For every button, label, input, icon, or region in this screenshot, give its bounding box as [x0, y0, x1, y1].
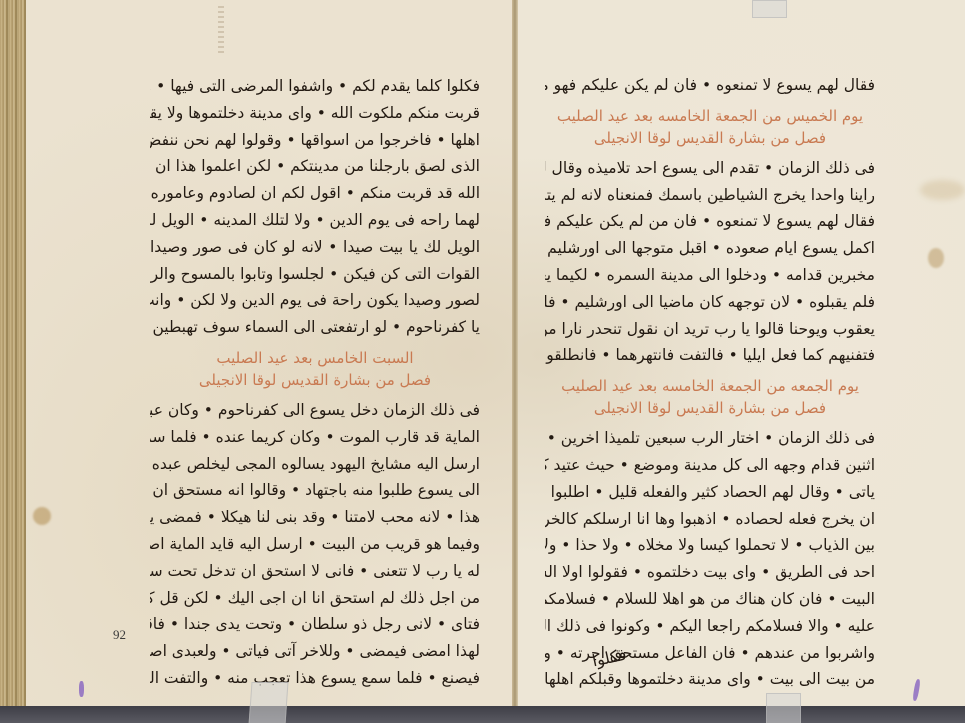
text-line: وفيما هو قريب من البيت • ارسل اليه قايد … — [150, 531, 480, 558]
text-line: احد فى الطريق • واى بيت دخلتموه • فقولوا… — [545, 559, 875, 586]
stain-spot-left — [33, 507, 51, 525]
book-gutter — [512, 0, 518, 710]
folio-number: 92 — [113, 627, 126, 643]
text-line: من اجل ذلك لم استحق انا ان اجى اليك • لك… — [150, 585, 480, 612]
rubric-subheading: فصل من بشارة القديس لوقا الانجيلى — [150, 369, 480, 391]
stain-spot-right — [928, 248, 944, 268]
left-page-text: فكلوا كلما يقدم لكم • واشفوا المرضى التى… — [150, 73, 480, 692]
text-line: فى ذلك الزمان دخل يسوع الى كفرناحوم • وك… — [150, 397, 480, 424]
text-line: لهما راحه فى يوم الدين • ولا لتلك المدين… — [150, 207, 480, 234]
rubric-heading: السبت الخامس بعد عيد الصليب — [150, 347, 480, 369]
text-line: اهلها • فاخرجوا من اسواقها • وقولوا لهم … — [150, 127, 480, 154]
text-line: فتاى • لانى رجل ذو سلطان • وتحت يدى جندا… — [150, 611, 480, 638]
text-line: هذا • لانه محب لامتنا • وقد بنى لنا هيكل… — [150, 504, 480, 531]
clip-tab-bottom-left — [248, 682, 288, 723]
text-line: قربت منكم ملكوت الله • واى مدينة دخلتموه… — [150, 100, 480, 127]
text-line: اثنين قدام وجهه الى كل مدينة وموضع • حيث… — [545, 452, 875, 479]
page-edges — [0, 0, 27, 710]
rubric-subheading: فصل من بشارة القديس لوقا الانجيلى — [545, 127, 875, 149]
manuscript-spread: فكلوا كلما يقدم لكم • واشفوا المرضى التى… — [0, 0, 965, 723]
text-line: من بيت الى بيت • واى مدينة دخلتموها وقبل… — [545, 666, 875, 693]
text-line: فيصنع • فلما سمع يسوع هذا تعجب منه • وال… — [150, 665, 480, 692]
text-line: الماية قد قارب الموت • وكان كريما عنده •… — [150, 424, 480, 451]
text-line: ان يخرج فعله لحصاده • اذهبوا وها انا ارس… — [545, 506, 875, 533]
text-line: لصور وصيدا يكون راحة فى يوم الدين ولا لك… — [150, 287, 480, 314]
text-line: فكلوا كلما يقدم لكم • واشفوا المرضى التى… — [150, 73, 480, 100]
rubric-heading: يوم الخميس من الجمعة الخامسه بعد عيد الص… — [545, 105, 875, 127]
text-line: فقال لهم يسوع لا تمنعوه • فان من لم يكن … — [545, 208, 875, 235]
text-line: بين الذياب • لا تحملوا كيسا ولا مخلاه • … — [545, 532, 875, 559]
right-page-text: فقال لهم يسوع لا تمنعوه • فان لم يكن علي… — [545, 72, 875, 693]
stain-faint-right — [920, 180, 965, 200]
rubric-heading: يوم الجمعه من الجمعة الخامسه بعد عيد الص… — [545, 375, 875, 397]
clip-tab-bottom-right — [766, 693, 801, 723]
text-line: فتفنيهم كما فعل ايليا • فالتفت فانتهرهما… — [545, 342, 875, 369]
text-line: فقال لهم يسوع لا تمنعوه • فان لم يكن علي… — [545, 72, 875, 99]
text-line: الله قد قربت منكم • اقول لكم ان لصادوم و… — [150, 180, 480, 207]
rubric-subheading: فصل من بشارة القديس لوقا الانجيلى — [545, 397, 875, 419]
text-line: فى ذلك الزمان • اختار الرب سبعين تلميذا … — [545, 425, 875, 452]
text-line: الى يسوع طلبوا منه باجتهاد • وقالوا انه … — [150, 477, 480, 504]
text-line: يعقوب ويوحنا قالوا يا رب تريد ان نقول تن… — [545, 316, 875, 343]
text-line: الويل لك يا بيت صيدا • لانه لو كان فى صو… — [150, 234, 480, 261]
text-line: البيت • فان كان هناك من هو اهلا للسلام •… — [545, 586, 875, 613]
text-line: ارسل اليه مشايخ اليهود يسالوه المجى ليخل… — [150, 451, 480, 478]
water-stain-top — [218, 6, 224, 56]
text-line: ياتى • وقال لهم الحصاد كثير والفعله قليل… — [545, 479, 875, 506]
text-line: له يا رب لا تتعنى • فانى لا استحق ان تدخ… — [150, 558, 480, 585]
text-line: فلم يقبلوه • لان توجهه كان ماضيا الى اور… — [545, 289, 875, 316]
purple-ink-mark-left — [79, 681, 84, 697]
text-line: لهذا امضى فيمضى • وللاخر آتى فياتى • ولع… — [150, 638, 480, 665]
clip-tab-top — [752, 0, 787, 18]
background-surface — [0, 706, 965, 723]
text-line: القوات التى كن فيكن • لجلسوا وتابوا بالم… — [150, 261, 480, 288]
text-line: الذى لصق بارجلنا من مدينتكم • لكن اعلموا… — [150, 153, 480, 180]
text-line: عليه • والا فسلامكم راجعا اليكم • وكونوا… — [545, 613, 875, 640]
text-line: اكمل يسوع ايام صعوده • اقبل متوجها الى ا… — [545, 235, 875, 262]
text-line: فى ذلك الزمان • تقدم الى يسوع احد تلاميذ… — [545, 155, 875, 182]
text-line: يا كفرناحوم • لو ارتفعتى الى السماء سوف … — [150, 314, 480, 341]
text-line: راينا واحدا يخرج الشياطين باسمك فمنعناه … — [545, 182, 875, 209]
text-line: مخبرين قدامه • ودخلوا الى مدينة السمره •… — [545, 262, 875, 289]
